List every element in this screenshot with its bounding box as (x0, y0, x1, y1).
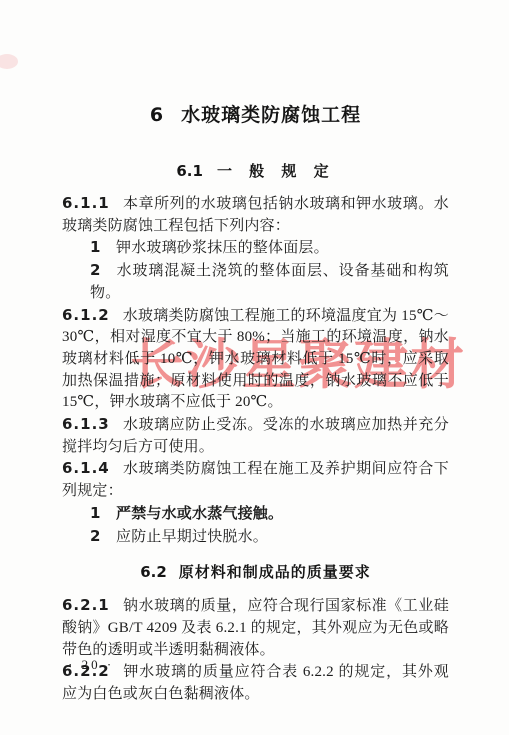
section-title-text: 原材料和制成品的质量要求 (179, 563, 371, 581)
clause-text: 水玻璃应防止受冻。受冻的水玻璃应加热并充分搅拌均匀后方可使用。 (62, 417, 449, 455)
clause-number: 6.1.1 (62, 194, 110, 212)
page-number: · 20 · (68, 657, 114, 673)
clause-number: 6.2.1 (62, 596, 110, 614)
clause-6-1-2: 6.1.2水玻璃类防腐蚀工程施工的环境温度宜为 15℃～30℃，相对湿度不宜大于… (62, 305, 449, 415)
item-number: 2 (90, 526, 116, 548)
item-text: 水玻璃混凝土浇筑的整体面层、设备基础和构筑物。 (90, 263, 449, 301)
body-text: 6.1.1本章所列的水玻璃包括钠水玻璃和钾水玻璃。水玻璃类防腐蚀工程包括下列内容… (62, 193, 449, 706)
document-page: 长沙星聚建材 6水玻璃类防腐蚀工程 6.1一 般 规 定 6.1.1本章所列的水… (0, 0, 509, 735)
watermark-edge-smudge (0, 54, 18, 69)
section-heading-6-1: 6.1一 般 规 定 (62, 161, 449, 181)
item-number: 2 (90, 260, 116, 282)
section-heading-6-2: 6.2原材料和制成品的质量要求 (62, 562, 449, 582)
clause-number: 6.1.4 (62, 459, 110, 477)
clause-text: 本章所列的水玻璃包括钠水玻璃和钾水玻璃。水玻璃类防腐蚀工程包括下列内容： (62, 196, 449, 234)
clause-number: 6.1.3 (62, 415, 110, 433)
list-item: 2水玻璃混凝土浇筑的整体面层、设备基础和构筑物。 (62, 260, 449, 304)
section-title-text: 一 般 规 定 (217, 162, 335, 180)
list-item: 2应防止早期过快脱水。 (62, 526, 449, 549)
clause-6-1-3: 6.1.3水玻璃应防止受冻。受冻的水玻璃应加热并充分搅拌均匀后方可使用。 (62, 414, 449, 458)
clause-text: 钾水玻璃的质量应符合表 6.2.2 的规定，其外观应为白色或灰白色黏稠液体。 (62, 664, 449, 702)
item-number: 1 (90, 237, 116, 259)
clause-text: 水玻璃类防腐蚀工程施工的环境温度宜为 15℃～30℃，相对湿度不宜大于 80%；… (62, 308, 449, 411)
clause-number: 6.1.2 (62, 306, 110, 324)
clause-text: 水玻璃类防腐蚀工程在施工及养护期间应符合下列规定： (62, 461, 449, 499)
page-content: 6水玻璃类防腐蚀工程 6.1一 般 规 定 6.1.1本章所列的水玻璃包括钠水玻… (62, 0, 449, 706)
chapter-title: 6水玻璃类防腐蚀工程 (62, 102, 449, 128)
item-text: 严禁与水或水蒸气接触。 (116, 506, 283, 522)
clause-6-2-1: 6.2.1钠水玻璃的质量，应符合现行国家标准《工业硅酸钠》GB/T 4209 及… (62, 595, 449, 661)
clause-6-1-4: 6.1.4水玻璃类防腐蚀工程在施工及养护期间应符合下列规定： (62, 458, 449, 502)
item-text: 钾水玻璃砂浆抹压的整体面层。 (116, 240, 329, 256)
chapter-number: 6 (150, 104, 163, 126)
section-number: 6.1 (176, 162, 203, 180)
list-item: 1严禁与水或水蒸气接触。 (62, 503, 449, 526)
list-item: 1钾水玻璃砂浆抹压的整体面层。 (62, 237, 449, 260)
clause-6-2-2: 6.2.2钾水玻璃的质量应符合表 6.2.2 的规定，其外观应为白色或灰白色黏稠… (62, 661, 449, 705)
item-number: 1 (90, 503, 116, 525)
item-text: 应防止早期过快脱水。 (116, 529, 268, 545)
clause-text: 钠水玻璃的质量，应符合现行国家标准《工业硅酸钠》GB/T 4209 及表 6.2… (62, 598, 449, 657)
section-number: 6.2 (140, 563, 167, 581)
clause-6-1-1: 6.1.1本章所列的水玻璃包括钠水玻璃和钾水玻璃。水玻璃类防腐蚀工程包括下列内容… (62, 193, 449, 237)
chapter-title-text: 水玻璃类防腐蚀工程 (181, 104, 361, 126)
